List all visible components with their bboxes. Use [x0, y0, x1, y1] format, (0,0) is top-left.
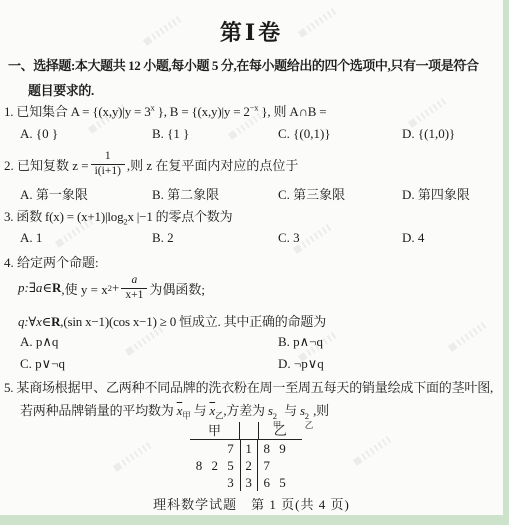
question-5-line1: 5. 某商场根据甲、乙两种不同品牌的洗衣粉在周一至周五每天的销量绘成下面的茎叶图…: [4, 377, 493, 396]
leaf-left: 7: [190, 440, 240, 457]
q3-text-end: x |−1 的零点个数为: [127, 209, 232, 224]
stem-leaf-header: 甲 乙: [190, 422, 302, 440]
q5-and-1: 与: [191, 403, 210, 418]
stem-leaf-header-left: 甲: [190, 422, 239, 439]
q1-text-mid: }, B = {(x,y)|y = 2: [155, 104, 250, 119]
leaf-right: 6 5: [258, 474, 303, 491]
page-title: 第Ⅰ卷: [0, 16, 503, 47]
watermark: [121, 441, 153, 466]
question-4-intro: 4. 给定两个命题:: [4, 252, 99, 271]
stem-value: 2: [240, 457, 258, 474]
leaf-left: 3: [190, 474, 240, 491]
question-4-proposition-q: q:∀x∈R,(sin x−1)(cos x−1) ≥ 0 恒成立. 其中正确的…: [18, 311, 326, 330]
question-4-options-cd: C. p∨¬q D. ¬p∨q: [0, 356, 503, 372]
question-1-options: A. {0 } B. {1 } C. {(0,1)} D. {(1,0)}: [0, 126, 503, 142]
stem-value: 3: [240, 474, 258, 491]
q3-option-c: C. 3: [278, 230, 300, 246]
q1-option-c: C. {(0,1)}: [278, 126, 331, 142]
q4q-text-end: ,(sin x−1)(cos x−1) ≥ 0 恒成立. 其中正确的命题为: [60, 314, 326, 329]
watermark: [361, 435, 393, 460]
stem-leaf-header-stem: [239, 422, 259, 439]
q2-option-d: D. 第四象限: [402, 184, 470, 203]
paper-page: 第Ⅰ卷 一、选择题:本大题共 12 小题,每小题 5 分,在每小题给出的四个选项…: [0, 0, 503, 515]
q5-and-2: 与: [281, 403, 300, 418]
watermark: [416, 97, 448, 122]
q5-xbar-jia-sub: 甲: [182, 411, 190, 421]
q2-text-end: ,则 z 在复平面内对应的点位于: [127, 155, 299, 174]
page-footer: 理科数学试题 第 1 页(共 4 页): [0, 494, 503, 513]
q1-option-a: A. {0 }: [20, 126, 58, 142]
q4p-plus: +: [112, 280, 119, 296]
q4-option-b: B. p∧¬q: [278, 334, 323, 350]
q4-option-d: D. ¬p∨q: [278, 356, 324, 372]
stem-leaf-header-right: 乙: [259, 422, 302, 439]
q1-option-d: D. {(1,0)}: [402, 126, 455, 142]
q4p-reals-symbol: R: [52, 280, 61, 296]
q4p-text-mid: ,使 y = x: [61, 279, 107, 298]
q4p-text-end: 为偶函数;: [149, 279, 205, 298]
stem-leaf-plot: 甲 乙 7 1 8 9 8 2 5 2 7 3 3 6 5: [190, 422, 302, 491]
q1-option-b: B. {1 }: [152, 126, 189, 142]
q2-text: 2. 已知复数 z =: [4, 155, 89, 174]
q4p-fraction-denominator: x+1: [121, 288, 147, 303]
q5-text-end: ,则: [313, 403, 329, 418]
q3-option-b: B. 2: [152, 230, 174, 246]
q4p-fraction-numerator: a: [121, 274, 147, 288]
stem-leaf-row: 8 2 5 2 7: [190, 457, 302, 474]
q3-option-d: D. 4: [402, 230, 424, 246]
leaf-right: 8 9: [258, 440, 303, 457]
q4p-fraction: ax+1: [121, 274, 147, 303]
q3-option-a: A. 1: [20, 230, 42, 246]
exam-scan: 第Ⅰ卷 一、选择题:本大题共 12 小题,每小题 5 分,在每小题给出的四个选项…: [0, 0, 509, 525]
q2-option-a: A. 第一象限: [20, 184, 88, 203]
q2-fraction-denominator: i(i+1): [91, 164, 125, 179]
q5-s-yi-sub: 乙: [305, 421, 313, 430]
leaf-right: 7: [258, 457, 303, 474]
question-4-proposition-p: p:∃a∈R,使 y = x2 + ax+1 为偶函数;: [18, 272, 205, 304]
q2-option-c: C. 第三象限: [278, 184, 345, 203]
q5-text-mid: ,方差为: [223, 403, 268, 418]
stem-value: 1: [240, 440, 258, 457]
q4q-text: q:∀x∈: [18, 314, 51, 329]
q1-text-end: }, 则 A∩B =: [258, 104, 326, 119]
question-3-options: A. 1 B. 2 C. 3 D. 4: [0, 230, 503, 246]
question-2: 2. 已知复数 z = 1i(i+1),则 z 在复平面内对应的点位于: [4, 146, 298, 182]
question-1: 1. 已知集合 A = {(x,y)|y = 3x }, B = {(x,y)|…: [4, 101, 326, 120]
q2-fraction-numerator: 1: [91, 150, 125, 164]
q3-text: 3. 函数 f(x) = (x+1)|log: [4, 209, 123, 224]
q5-s-yi-scripts: 2乙: [305, 412, 313, 430]
q4p-text: p:∃a∈: [18, 280, 52, 296]
section-heading-line1: 一、选择题:本大题共 12 小题,每小题 5 分,在每小题给出的四个选项中,只有…: [8, 55, 479, 74]
section-heading-line2: 题目要求的.: [28, 80, 94, 99]
stem-leaf-row: 3 3 6 5: [190, 474, 302, 491]
q5-text: 若两种品牌销量的平均数为: [20, 403, 177, 418]
question-3: 3. 函数 f(x) = (x+1)|log2x |−1 的零点个数为: [4, 206, 232, 227]
question-4-options-ab: A. p∧q B. p∧¬q: [0, 334, 503, 350]
q2-option-b: B. 第二象限: [152, 184, 219, 203]
stem-leaf-row: 7 1 8 9: [190, 440, 302, 457]
q4-option-a: A. p∧q: [20, 334, 58, 350]
q4-option-c: C. p∨¬q: [20, 356, 65, 372]
question-2-options: A. 第一象限 B. 第二象限 C. 第三象限 D. 第四象限: [0, 184, 503, 200]
leaf-left: 8 2 5: [190, 457, 240, 474]
q2-fraction: 1i(i+1): [91, 150, 125, 179]
q1-text: 1. 已知集合 A = {(x,y)|y = 3: [4, 104, 151, 119]
q4q-reals-symbol: R: [51, 314, 60, 329]
